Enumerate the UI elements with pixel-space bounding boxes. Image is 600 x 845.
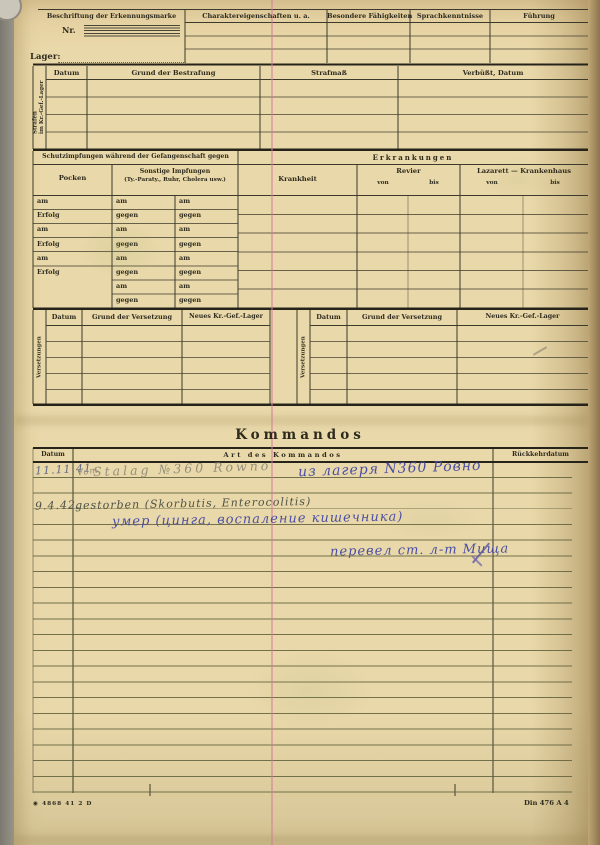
grid-cell: gegen: [116, 211, 138, 219]
nr-value-hatched: [84, 25, 180, 38]
impfungen-col-sonstige-detail: (Ty.-Paraty., Ruhr, Cholera usw.): [112, 177, 238, 183]
strafen-col-strafmass: Strafmaß: [260, 69, 398, 77]
revier-von: von: [360, 180, 406, 186]
grid-cell: Erfolg: [37, 240, 60, 248]
grid-cell: gegen: [116, 268, 138, 276]
lager-label: Lager:: [30, 52, 60, 62]
grid-cell: gegen: [116, 296, 138, 304]
versetzungen-r-neues: Neues Kr.-Gef.-Lager: [457, 313, 588, 320]
kommandos-col-art: Art des Kommandos: [73, 451, 493, 459]
lager-dotted-line: [58, 52, 186, 63]
col-besondere-faehigkeiten: Besondere Fähigkeiten: [327, 12, 410, 20]
grid-cell: am: [37, 197, 48, 205]
versetzungen-r-datum: Datum: [310, 313, 347, 321]
print-code: ◉ 4868 41 2 D: [33, 801, 92, 807]
versetzungen-side-label-left: Versetzungen: [33, 312, 46, 402]
grid-cell: am: [179, 225, 190, 233]
grid-cell: am: [37, 225, 48, 233]
kommandos-col-rueckkehr: Rückkehrdatum: [493, 451, 588, 458]
kommandos-col-datum: Datum: [33, 451, 73, 458]
grid-cell: gegen: [179, 240, 201, 248]
grid-cell: gegen: [179, 296, 201, 304]
grid-cell: am: [116, 254, 127, 262]
erkennungsmarke-label: Beschriftung der Erkennungsmarke: [38, 12, 185, 20]
versetzungen-l-datum: Datum: [46, 313, 82, 321]
impfungen-title: Schutzimpfungen während der Gefangenscha…: [33, 153, 238, 160]
col-charaktereigenschaften: Charaktereigenschaften u. a.: [185, 12, 327, 20]
grid-cell: am: [179, 197, 190, 205]
versetzungen-r-grund: Grund der Versetzung: [347, 313, 457, 321]
lazarett-von: von: [463, 180, 521, 186]
impfungen-col-sonstige: Sonstige Impfungen: [112, 168, 238, 175]
versetzungen-l-grund: Grund der Versetzung: [82, 313, 182, 321]
grid-cell: am: [116, 225, 127, 233]
din-format-label: Din 476 A 4: [524, 799, 569, 807]
grid-cell: Erfolg: [37, 268, 60, 276]
grid-cell: Erfolg: [37, 211, 60, 219]
grid-cell: am: [37, 254, 48, 262]
erkrankungen-col-krankheit: Krankheit: [238, 175, 357, 183]
grid-cell: am: [116, 282, 127, 290]
col-fuehrung: Führung: [490, 12, 588, 20]
erkrankungen-col-revier: Revier: [357, 167, 460, 175]
versetzungen-side-label-right: Versetzungen: [297, 312, 310, 402]
revier-bis: bis: [411, 180, 457, 186]
fold-line: [271, 0, 273, 845]
strafen-col-grund: Grund der Bestrafung: [87, 69, 260, 77]
strafen-side-label: Strafenim Kr.-Gef.-Lager: [33, 81, 46, 134]
lazarett-bis: bis: [526, 180, 584, 186]
grid-cell: am: [179, 254, 190, 262]
erkrankungen-title: Erkrankungen: [238, 153, 588, 162]
grid-cell: gegen: [179, 268, 201, 276]
scanned-document: Beschriftung der Erkennungsmarke Nr. Lag…: [0, 0, 600, 845]
col-sprachkenntnisse: Sprachkenntnisse: [410, 12, 490, 20]
impfungen-col-pocken: Pocken: [33, 174, 112, 182]
strafen-col-verbuesst: Verbüßt, Datum: [398, 69, 588, 77]
handwriting-date-2: 9.4.42.: [35, 498, 81, 513]
kommandos-title: Kommandos: [200, 427, 400, 443]
erkrankungen-col-lazarett: Lazarett — Krankenhaus: [460, 167, 588, 175]
versetzungen-l-neues: Neues Kr.-Gef.-Lager: [182, 313, 270, 320]
grid-cell: am: [179, 282, 190, 290]
nr-label: Nr.: [62, 25, 76, 35]
strafen-col-datum: Datum: [46, 69, 87, 77]
grid-cell: am: [116, 197, 127, 205]
grid-cell: gegen: [179, 211, 201, 219]
grid-cell: gegen: [116, 240, 138, 248]
